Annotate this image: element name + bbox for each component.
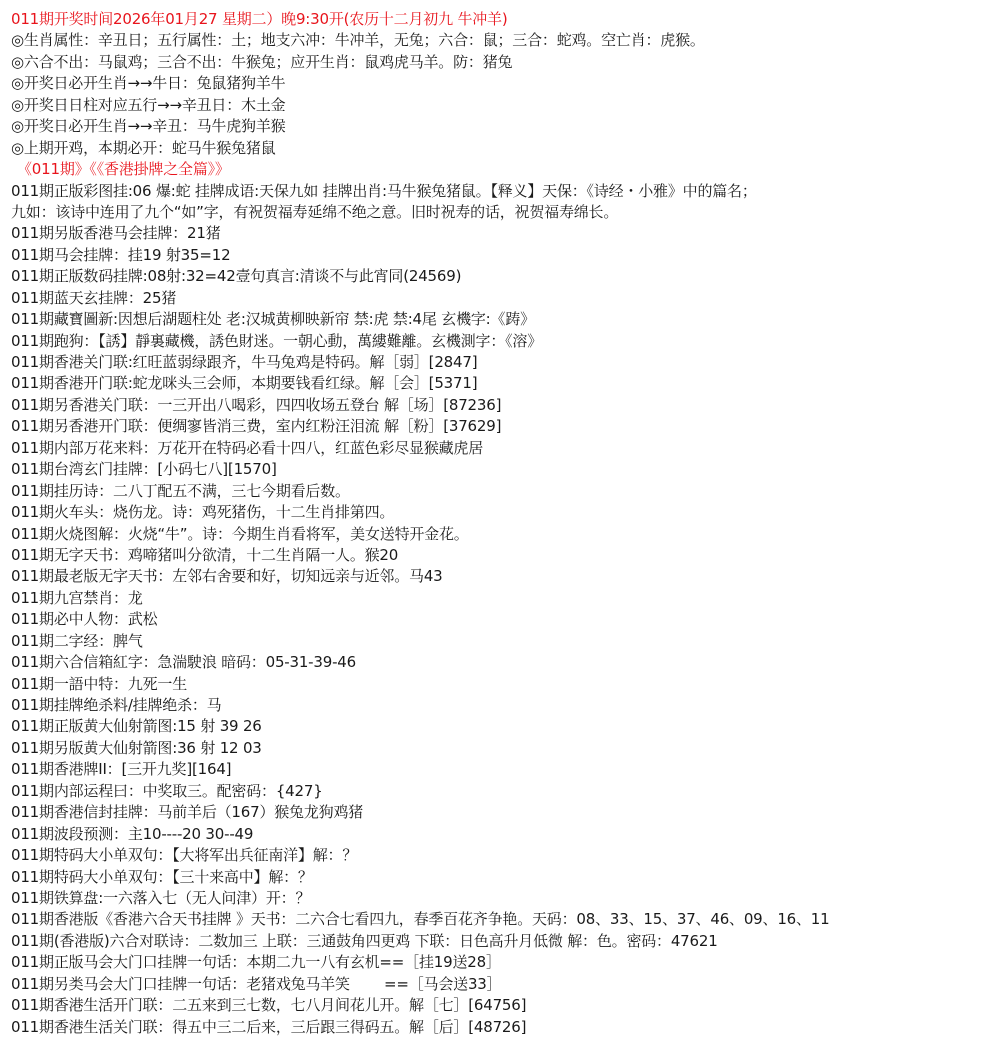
section-subtitle: 《011期》《《香港掛牌之全篇》》 [11,159,1000,180]
draw-time-header: 011期开奖时间2026年01月27 星期二）晚9:30开(农历十二月初九 牛冲… [11,9,1000,30]
entry-line: 011期九宫禁肖：龙 [11,588,1000,609]
entry-line: 011期藏寶圖新:因想后湖题柱处 老:汉城黄柳映新帘 禁:虎 禁:4尾 玄機字:… [11,309,1000,330]
entry-line: 011期一語中特：九死一生 [11,674,1000,695]
entry-line: 011期最老版无字天书：左邻右舍要和好，切知远亲与近邻。马43 [11,566,1000,587]
entry-line: 011期必中人物：武松 [11,609,1000,630]
entry-line: 011期六合信箱紅字：急湍駛浪 暗码：05-31-39-46 [11,652,1000,673]
entry-line: 011期香港版《香港六合天书挂牌 》天书：二六合七看四九，春季百花齐争艳。天码：… [11,909,1000,930]
entry-line: 011期特码大小单双句：【三十来高中】解：？ [11,867,1000,888]
lottery-document: 011期开奖时间2026年01月27 星期二）晚9:30开(农历十二月初九 牛冲… [0,0,1000,1038]
attribute-line: ◎上期开鸡，本期必开：蛇马牛猴兔猪鼠 [11,138,1000,159]
entry-line: 011期香港信封挂牌：马前羊后（167）猴兔龙狗鸡猪 [11,802,1000,823]
entry-line: 011期挂牌绝杀料/挂牌绝杀：马 [11,695,1000,716]
entry-line: 011期另版香港马会挂牌：21猪 [11,223,1000,244]
entry-line: 011期铁算盘:一六落入七（无人问津）开：？ [11,888,1000,909]
attribute-line: ◎生肖属性：辛丑日；五行属性：土；地支六冲：牛冲羊，无兔；六合：鼠；三合：蛇鸡。… [11,30,1000,51]
entry-line: 011期香港开门联:蛇龙咪头三会师，本期要钱看红绿。解［会］[5371] [11,373,1000,394]
entry-line: 011期跑狗：【誘】靜裏藏機，誘色財迷。一朝心動，萬縷難離。玄機測字：《溶》 [11,331,1000,352]
entry-line: 011期香港生活开门联：二五来到三七数，七八月间花儿开。解［七］[64756] [11,995,1000,1016]
entry-line: 011期二字经：脾气 [11,631,1000,652]
entry-line: 011期火烧图解：火烧“牛”。诗：今期生肖看将军，美女送特开金花。 [11,524,1000,545]
entry-line: 011期波段预测：主10----20 30--49 [11,824,1000,845]
entry-line: 011期香港牌II：[三开九奖][164] [11,759,1000,780]
attribute-line: ◎开奖日必开生肖→→辛丑：马牛虎狗羊猴 [11,116,1000,137]
entry-line: 011期正版黄大仙射箭图:15 射 39 26 [11,716,1000,737]
entry-line: 011期(香港版)六合对联诗：二数加三 上联：三通鼓角四更鸡 下联：日色高升月低… [11,931,1000,952]
entry-line: 011期另版黄大仙射箭图:36 射 12 03 [11,738,1000,759]
entry-line: 011期内部运程曰：中奖取三。配密码：{427} [11,781,1000,802]
entry-line: 011期另香港开门联：便绸寥皆消三费，室内红粉汪泪流 解［粉］[37629] [11,416,1000,437]
entry-line: 011期另类马会大门口挂牌一句话：老猪戏兔马羊笑 ==［马会送33］ [11,974,1000,995]
entry-line: 011期另香港关门联：一三开出八喝彩，四四收场五登台 解［场］[87236] [11,395,1000,416]
entry-line: 011期无字天书：鸡啼猪叫分欲清，十二生肖隔一人。猴20 [11,545,1000,566]
entry-line: 011期内部万花来料：万花开在特码必看十四八，红蓝色彩尽显猴藏虎居 [11,438,1000,459]
entry-line: 011期香港生活关门联：得五中三二后来，三后跟三得码五。解［后］[48726] [11,1017,1000,1038]
attribute-line: ◎开奖日日柱对应五行→→辛丑日：木土金 [11,95,1000,116]
entry-line: 011期火车头：烧伤龙。诗：鸡死猪伤，十二生肖排第四。 [11,502,1000,523]
entry-line: 011期正版马会大门口挂牌一句话：本期二九一八有玄机==［挂19送28］ [11,952,1000,973]
entry-line: 011期香港关门联:红旺蓝弱绿跟齐，牛马兔鸡是特码。解［弱］[2847] [11,352,1000,373]
entry-line: 011期台湾玄门挂牌：[小码七八][1570] [11,459,1000,480]
entry-line: 011期特码大小单双句：【大将军出兵征南洋】解：？ [11,845,1000,866]
entry-line: 九如：该诗中连用了九个“如”字，有祝贺福寿延绵不绝之意。旧时祝寿的话，祝贺福寿绵… [11,202,1000,223]
attribute-line: ◎六合不出：马鼠鸡；三合不出：牛猴兔；应开生肖：鼠鸡虎马羊。防：猪兔 [11,52,1000,73]
entry-line: 011期正版数码挂牌:08射:32=42壹句真言:清谈不与此宵同(24569) [11,266,1000,287]
entry-line: 011期马会挂牌：挂19 射35=12 [11,245,1000,266]
entry-line: 011期正版彩图挂:06 爆:蛇 挂牌成语:天保九如 挂牌出肖:马牛猴兔猪鼠。【… [11,181,1000,202]
attribute-line: ◎开奖日必开生肖→→牛日：兔鼠猪狗羊牛 [11,73,1000,94]
entry-line: 011期挂历诗：二八丁配五不满，三七今期看后数。 [11,481,1000,502]
entry-line: 011期蓝天玄挂牌：25猪 [11,288,1000,309]
